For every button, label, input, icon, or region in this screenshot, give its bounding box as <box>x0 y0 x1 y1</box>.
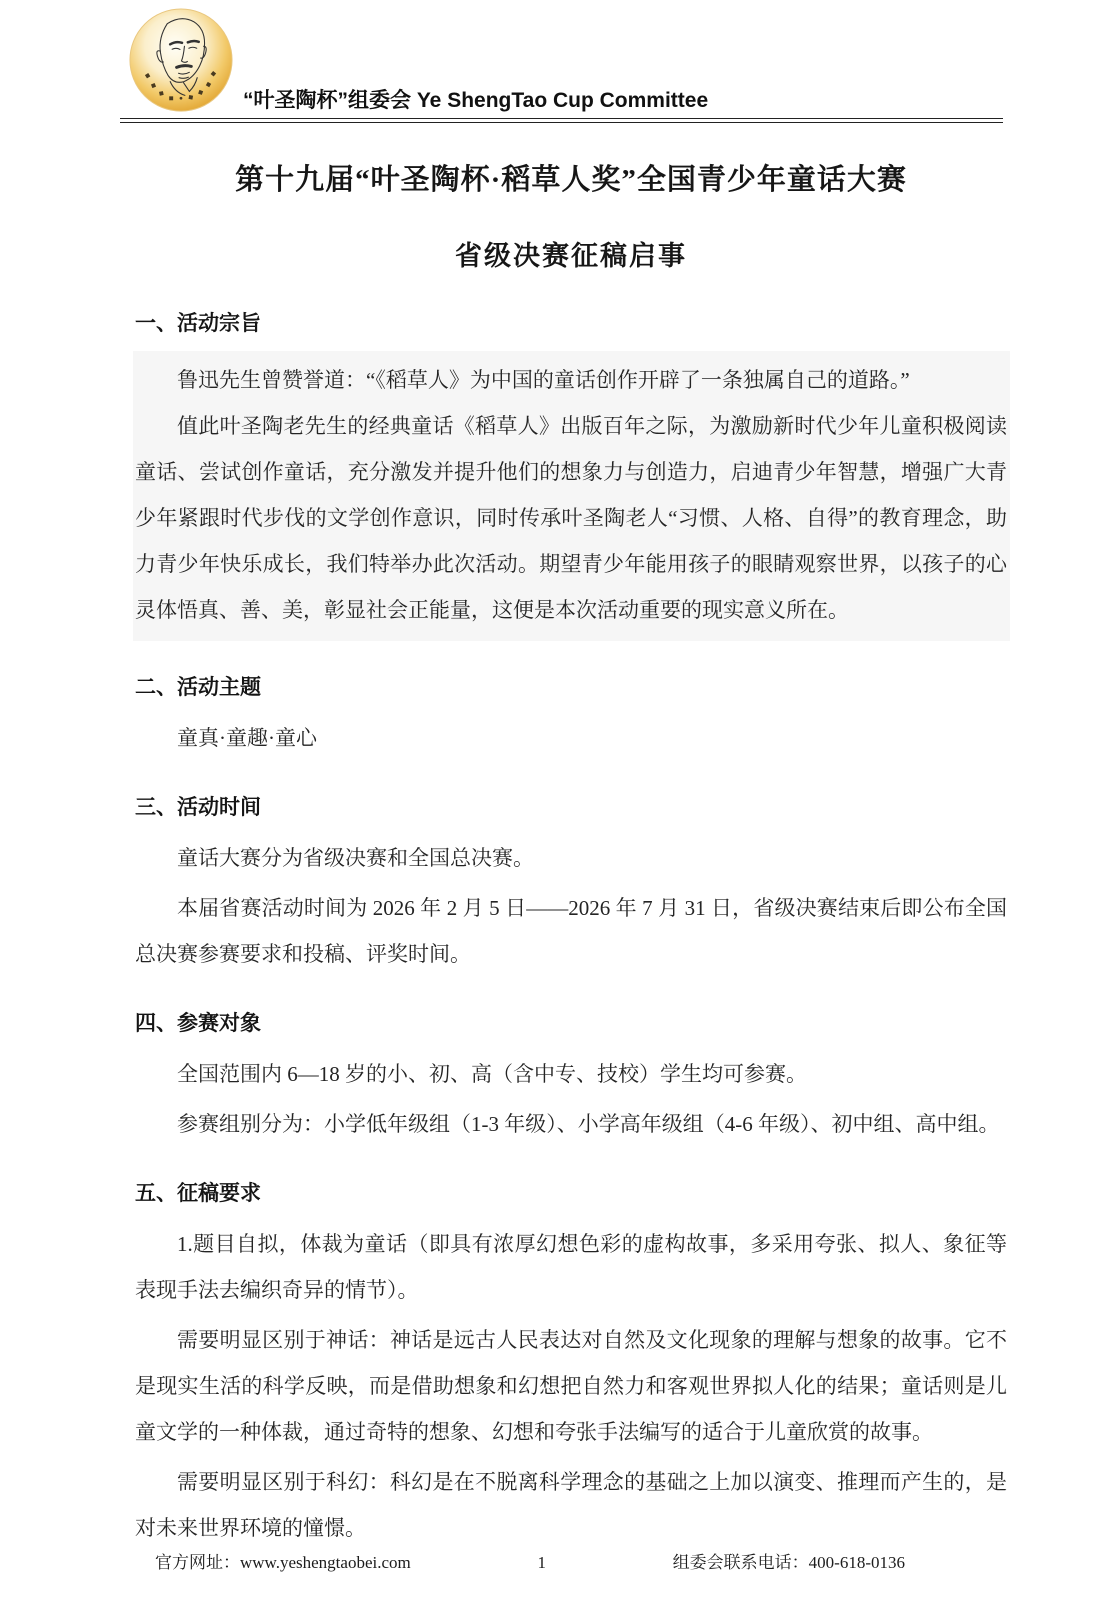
section-heading: 四、参赛对象 <box>135 1011 1007 1037</box>
section-heading: 一、活动宗旨 <box>135 311 1007 337</box>
footer-website: 官方网址：www.yeshengtaobei.com <box>155 1548 411 1573</box>
footer-phone: 组委会联系电话：400-618-0136 <box>673 1548 905 1573</box>
section-activity-time: 三、活动时间 童话大赛分为省级决赛和全国总决赛。 本届省赛活动时间为 2026 … <box>135 795 1007 977</box>
page-header: “叶圣陶杯”组委会 Ye ShengTao Cup Committee <box>0 0 1119 123</box>
section-heading: 五、征稿要求 <box>135 1181 1007 1207</box>
paragraph: 全国范围内 6—18 岁的小、初、高（含中专、技校）学生均可参赛。 <box>135 1051 1007 1097</box>
section-participants: 四、参赛对象 全国范围内 6—18 岁的小、初、高（含中专、技校）学生均可参赛。… <box>135 1011 1007 1147</box>
page-number: 1 <box>537 1553 546 1573</box>
paragraph: 童话大赛分为省级决赛和全国总决赛。 <box>135 835 1007 881</box>
document-body: 一、活动宗旨 鲁迅先生曾赞誉道：“《稻草人》为中国的童话创作开辟了一条独属自己的… <box>135 311 1007 1551</box>
highlighted-block: 鲁迅先生曾赞誉道：“《稻草人》为中国的童话创作开辟了一条独属自己的道路。” 值此… <box>133 351 1010 641</box>
paragraph: 鲁迅先生曾赞誉道：“《稻草人》为中国的童话创作开辟了一条独属自己的道路。” <box>135 357 1007 403</box>
paragraph: 值此叶圣陶老先生的经典童话《稻草人》出版百年之际，为激励新时代少年儿童积极阅读童… <box>135 403 1007 633</box>
paragraph: 童真·童趣·童心 <box>135 715 1007 761</box>
section-heading: 二、活动主题 <box>135 675 1007 701</box>
document-page: “叶圣陶杯”组委会 Ye ShengTao Cup Committee 第十九届… <box>0 0 1119 1600</box>
section-heading: 三、活动时间 <box>135 795 1007 821</box>
document-title: 第十九届“叶圣陶杯·稻草人奖”全国青少年童话大赛 <box>135 157 1007 198</box>
header-rule <box>120 118 1003 123</box>
paragraph: 需要明显区别于神话：神话是远古人民表达对自然及文化现象的理解与想象的故事。它不是… <box>135 1317 1007 1455</box>
paragraph: 本届省赛活动时间为 2026 年 2 月 5 日——2026 年 7 月 31 … <box>135 885 1007 977</box>
section-activity-theme: 二、活动主题 童真·童趣·童心 <box>135 675 1007 761</box>
page-footer: 官方网址：www.yeshengtaobei.com 1 组委会联系电话：400… <box>155 1548 905 1573</box>
yeshengtao-portrait-logo <box>127 7 235 115</box>
document-subtitle: 省级决赛征稿启事 <box>135 234 1007 273</box>
paragraph: 参赛组别分为：小学低年级组（1-3 年级）、小学高年级组（4-6 年级）、初中组… <box>135 1101 1007 1147</box>
paragraph: 需要明显区别于科幻：科幻是在不脱离科学理念的基础之上加以演变、推理而产生的，是对… <box>135 1459 1007 1551</box>
committee-title: “叶圣陶杯”组委会 Ye ShengTao Cup Committee <box>243 84 708 114</box>
logo-graphic <box>127 7 235 115</box>
section-submission-requirements: 五、征稿要求 1.题目自拟，体裁为童话（即具有浓厚幻想色彩的虚构故事，多采用夸张… <box>135 1181 1007 1551</box>
section-activity-purpose: 一、活动宗旨 鲁迅先生曾赞誉道：“《稻草人》为中国的童话创作开辟了一条独属自己的… <box>135 311 1007 641</box>
paragraph: 1.题目自拟，体裁为童话（即具有浓厚幻想色彩的虚构故事，多采用夸张、拟人、象征等… <box>135 1221 1007 1313</box>
